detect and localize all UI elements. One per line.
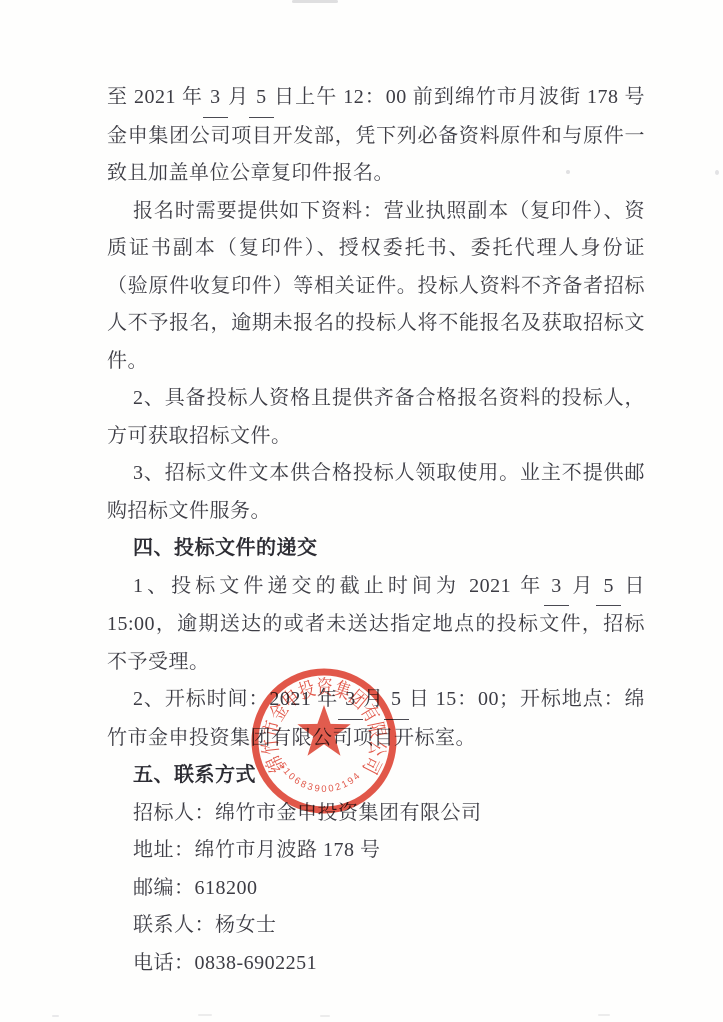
document-body: 至 2021 年3月5日上午 12：00 前到绵竹市月波街 178 号金申集团公… xyxy=(107,79,645,982)
section-heading-5-contact-info: 五、联系方式 xyxy=(107,757,645,795)
scanned-document-page: 至 2021 年3月5日上午 12：00 前到绵竹市月波街 178 号金申集团公… xyxy=(0,0,723,1022)
paragraph-bid-opening: 2、开标时间：2021 年3月5日 15：00；开标地点：绵竹市金申投资集团有限… xyxy=(107,681,645,757)
paragraph-submission-deadline: 1、投标文件递交的截止时间为 2021 年3月5日 15:00，逾期送达的或者未… xyxy=(107,568,645,682)
contact-postcode-line: 邮编：618200 xyxy=(107,870,645,908)
underlined-day-value: 5 xyxy=(596,568,621,607)
paragraph-item-2-qualification: 2、具备投标人资格且提供齐备合格报名资料的投标人，方可获取招标文件。 xyxy=(107,380,645,455)
scan-artifact-speck xyxy=(198,1014,212,1016)
underlined-month-value: 3 xyxy=(544,568,569,607)
underlined-day-value: 5 xyxy=(384,681,409,720)
scan-artifact-speck xyxy=(52,1015,59,1017)
contact-person-line: 联系人：杨女士 xyxy=(107,907,645,945)
text-segment: 1、投标文件递交的截止时间为 2021 年 xyxy=(133,575,544,597)
text-segment: 月 xyxy=(569,575,597,597)
text-segment: 月 xyxy=(363,688,384,710)
underlined-month-value: 3 xyxy=(203,79,228,118)
paragraph-registration-deadline: 至 2021 年3月5日上午 12：00 前到绵竹市月波街 178 号金申集团公… xyxy=(107,79,645,193)
contact-phone-line: 电话：0838-6902251 xyxy=(107,945,645,983)
scan-artifact-speck xyxy=(715,170,719,175)
underlined-month-value: 3 xyxy=(338,681,363,720)
scan-artifact-speck xyxy=(598,1014,610,1016)
scan-artifact-speck xyxy=(320,1015,330,1017)
paragraph-item-3-document-pickup: 3、招标文件文本供合格投标人领取使用。业主不提供邮购招标文件服务。 xyxy=(107,455,645,530)
text-segment: 至 2021 年 xyxy=(107,86,203,108)
paragraph-required-materials: 报名时需要提供如下资料：营业执照副本（复印件）、资质证书副本（复印件）、授权委托… xyxy=(107,193,645,381)
text-segment: 月 xyxy=(228,86,250,108)
text-segment: 2、开标时间：2021 年 xyxy=(133,688,338,710)
underlined-day-value: 5 xyxy=(249,79,274,118)
contact-bidder-line: 招标人：绵竹市金申投资集团有限公司 xyxy=(107,795,645,833)
contact-address-line: 地址：绵竹市月波路 178 号 xyxy=(107,832,645,870)
scan-artifact-top-smudge xyxy=(292,0,338,3)
section-heading-4-bid-submission: 四、投标文件的递交 xyxy=(107,530,645,568)
